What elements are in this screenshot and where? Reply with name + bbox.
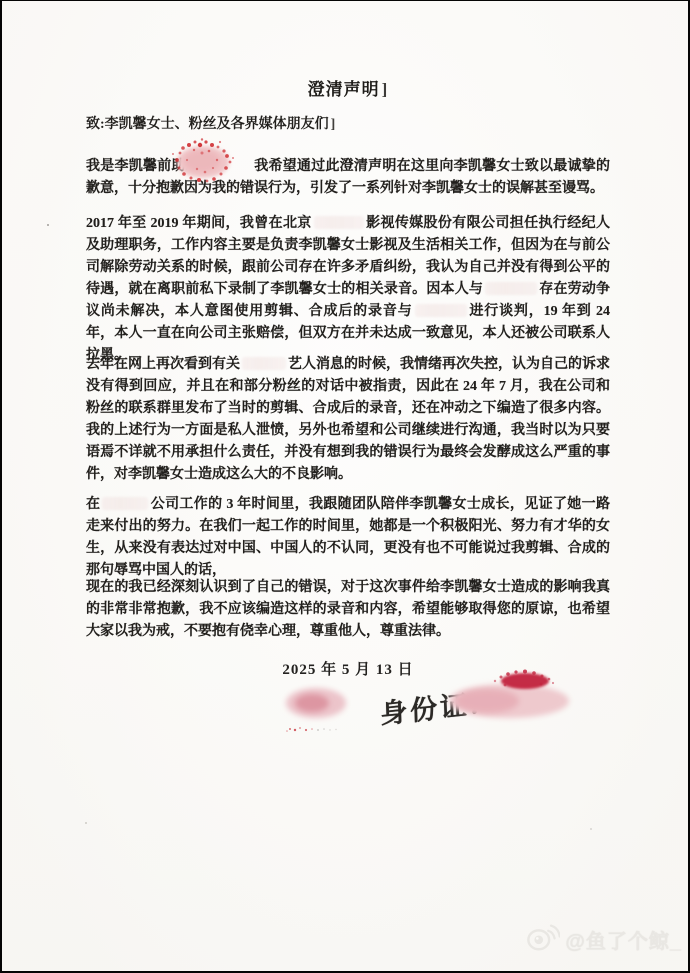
paragraph-apology-intro: 我是李凯馨前助理我希望通过此澄清声明在这里向李凯馨女士致以最诚挚的歉意，十分抱歉… — [86, 156, 610, 200]
redacted-text-gap — [242, 357, 286, 370]
paragraph-employment-background: 2017 年至 2019 年期间，我曾在北京影视传媒股份有限公司担任执行经纪人及… — [86, 213, 610, 367]
handwritten-id-label: 身份证: — [380, 682, 483, 732]
redacted-name-gap — [202, 159, 252, 172]
redacted-text-gap — [314, 216, 364, 229]
watermark-handle: @鱼了个鲸_ — [565, 925, 682, 954]
scanned-page: 澄清声明] 致:李凯馨女士、粉丝及各界媒体朋友们] 我是李凯馨前助理我希望通过此… — [2, 1, 688, 971]
salutation-text: 致:李凯馨女士、粉丝及各界媒体朋友们 — [86, 117, 329, 132]
date-line: 2025 年 5 月 13 日 — [86, 658, 610, 679]
redacted-text-gap — [415, 304, 467, 317]
paragraph-praise-clarification: 在公司工作的 3 年时间里，我跟随团队陪伴李凯馨女士成长，见证了她一路走来付出的… — [86, 494, 610, 582]
signature-name-redaction — [280, 683, 356, 742]
weibo-eye-icon — [526, 922, 560, 957]
paragraph-remorse-closing: 现在的我已经深刻认识到了自己的错误，对于这次事件给李凯馨女士造成的影响我真的非常… — [86, 577, 610, 643]
page-title-row: 澄清声明] — [86, 75, 610, 100]
screenshot-root: { "document": { "title": "澄清声明", "title_… — [0, 0, 690, 973]
dust-speck — [85, 822, 87, 824]
redacted-text-gap — [102, 497, 148, 510]
redacted-text-gap — [485, 282, 537, 295]
weibo-watermark: @鱼了个鲸_ — [526, 922, 682, 957]
document-title: 澄清声明 — [308, 80, 380, 99]
stray-bracket-mark: ] — [382, 80, 389, 99]
stray-bracket-mark: ] — [331, 117, 336, 132]
dust-speck — [590, 828, 592, 830]
salutation-line: 致:李凯馨女士、粉丝及各界媒体朋友们] — [86, 114, 610, 136]
dust-speck — [47, 224, 49, 226]
paragraph-incident-description: 去年在网上再次看到有关艺人消息的时候，我情绪再次失控，认为自己的诉求没有得到回应… — [86, 354, 610, 486]
